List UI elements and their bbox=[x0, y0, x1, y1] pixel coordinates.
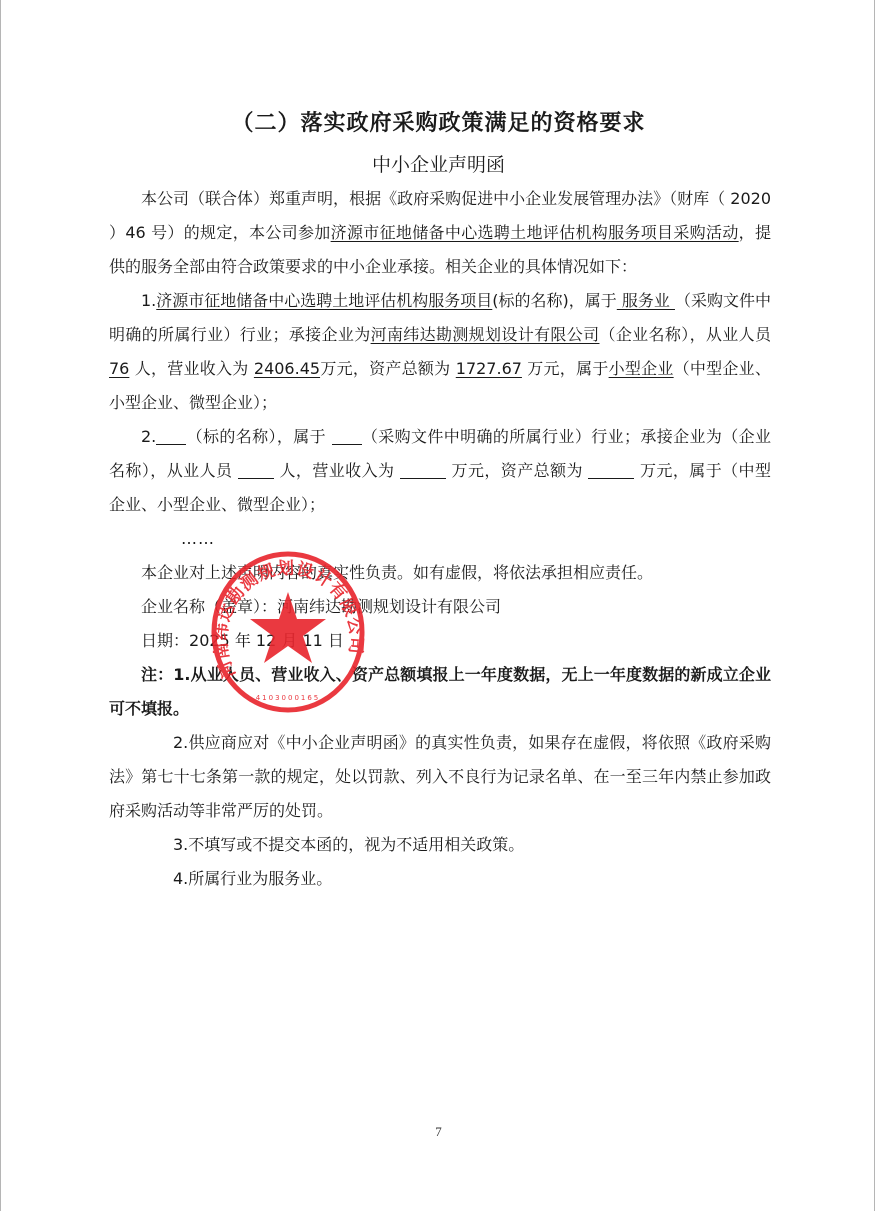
item-1-enterprise-size: 小型企业 bbox=[609, 359, 674, 378]
company-value: 河南纬达勘测规划设计有限公司 bbox=[277, 597, 501, 616]
note-1: 注：1.从业人员、营业收入、资产总额填报上一年度数据，无上一年度数据的新成立企业… bbox=[109, 658, 771, 726]
intro-paragraph: 本公司（联合体）郑重声明，根据《政府采购促进中小企业发展管理办法》（财库（ 20… bbox=[109, 182, 771, 284]
item-1-text: 万元，属于 bbox=[522, 359, 609, 378]
item-1-industry: 服务业 bbox=[617, 291, 675, 310]
item-1-text: 人，营业收入为 bbox=[129, 359, 254, 378]
item-1-assets: 1727.67 bbox=[456, 359, 522, 378]
item-2-text: 人，营业收入为 bbox=[274, 461, 400, 480]
item-2-industry-blank bbox=[332, 428, 362, 445]
responsibility-statement: 本企业对上述声明内容的真实性负责。如有虚假，将依法承担相应责任。 bbox=[109, 556, 771, 590]
note-3: 3.不填写或不提交本函的，视为不适用相关政策。 bbox=[109, 828, 771, 862]
item-1-text: （企业名称），从业人员 bbox=[599, 325, 771, 344]
item-2-revenue-blank bbox=[400, 462, 446, 479]
item-1-paragraph: 1.济源市征地储备中心选聘土地评估机构服务项目(标的名称)，属于 服务业 （采购… bbox=[109, 284, 771, 420]
item-2-text: （标的名称），属于 bbox=[186, 427, 331, 446]
note-2: 2.供应商应对《中小企业声明函》的真实性负责，如果存在虚假，将依照《政府采购法》… bbox=[109, 726, 771, 828]
page-number: 7 bbox=[1, 1124, 875, 1140]
item-1-text: 万元，资产总额为 bbox=[320, 359, 456, 378]
item-1-text: (标的名称)，属于 bbox=[492, 291, 617, 310]
ellipsis: …… bbox=[109, 522, 771, 556]
company-label: 企业名称（盖章）： bbox=[141, 597, 277, 616]
document-body: 本公司（联合体）郑重声明，根据《政府采购促进中小企业发展管理办法》（财库（ 20… bbox=[109, 182, 771, 896]
date-label: 日期： bbox=[141, 631, 189, 650]
item-2-text: 万元，资产总额为 bbox=[446, 461, 588, 480]
note-4: 4.所属行业为服务业。 bbox=[109, 862, 771, 896]
item-2-number: 2. bbox=[141, 427, 156, 446]
item-1-number: 1. bbox=[141, 291, 156, 310]
item-2-assets-blank bbox=[588, 462, 634, 479]
section-title: （二）落实政府采购政策满足的资格要求 bbox=[1, 106, 875, 137]
item-2-target-blank bbox=[156, 428, 186, 445]
item-1-employees: 76 bbox=[109, 359, 129, 378]
company-signature-line: 企业名称（盖章）：河南纬达勘测规划设计有限公司 bbox=[109, 590, 771, 624]
date-value: 2025 年 12 月 11 日 bbox=[189, 631, 344, 650]
date-line: 日期：2025 年 12 月 11 日 bbox=[109, 624, 771, 658]
document-page: （二）落实政府采购政策满足的资格要求 中小企业声明函 本公司（联合体）郑重声明，… bbox=[0, 0, 875, 1211]
item-2-employees-blank bbox=[238, 462, 274, 479]
item-1-revenue: 2406.45 bbox=[254, 359, 320, 378]
item-2-paragraph: 2.（标的名称），属于 （采购文件中明确的所属行业）行业；承接企业为（企业名称）… bbox=[109, 420, 771, 522]
item-1-company: 河南纬达勘测规划设计有限公司 bbox=[371, 325, 600, 344]
project-name-underlined: 济源市征地储备中心选聘土地评估机构服务项目采购活动 bbox=[331, 223, 739, 242]
form-title: 中小企业声明函 bbox=[1, 150, 875, 177]
item-1-target-name: 济源市征地储备中心选聘土地评估机构服务项目 bbox=[156, 291, 492, 310]
